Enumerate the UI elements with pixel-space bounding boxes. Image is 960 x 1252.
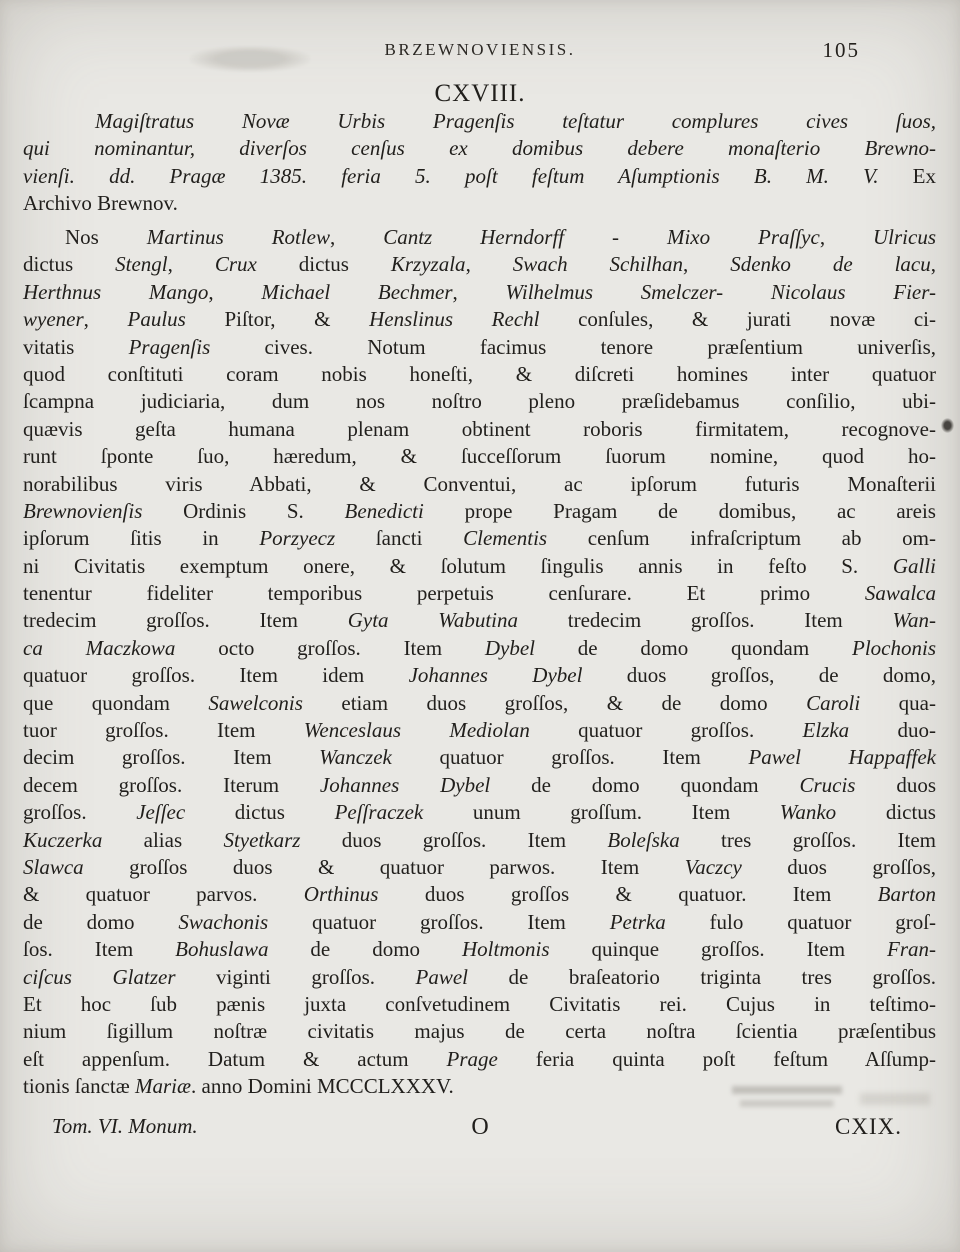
text-segment: duos <box>855 773 936 797</box>
running-head-row: BRZEWNOVIENSIS. 105 <box>0 40 960 66</box>
text-segment: Archivo Brewnov. <box>23 191 178 215</box>
text-segment: de domo <box>23 910 178 934</box>
text-line: & quatuor parvos. Orthinus duos groſſos … <box>23 881 936 908</box>
text-segment: quatuor groſſos. Item <box>268 910 610 934</box>
text-segment: Nos <box>65 225 147 249</box>
running-head: BRZEWNOVIENSIS. <box>0 40 960 60</box>
text-segment: Mariæ <box>135 1074 191 1098</box>
text-segment: dictus <box>836 800 936 824</box>
text-line: que quondam Sawelconis etiam duos groſſo… <box>23 690 936 717</box>
text-segment: Henslinus Rechl <box>369 307 539 331</box>
text-segment: , <box>683 252 730 276</box>
text-segment: Jeſſec <box>136 800 185 824</box>
text-segment: duos groſſos, <box>742 855 936 879</box>
text-segment: qui nominantur, diverſos cenſus ex domib… <box>23 136 936 160</box>
text-line: groſſos. Jeſſec dictus Peſſraczek unum g… <box>23 799 936 826</box>
catchword: O <box>0 1114 960 1141</box>
text-segment: de domo quondam <box>535 636 852 660</box>
text-segment: tredecim groſſos. Item <box>23 608 348 632</box>
text-segment: Cantz Herndorff - Mixo Praſſyc <box>383 225 820 249</box>
text-line: Nos Martinus Rotlew, Cantz Herndorff - M… <box>23 224 936 251</box>
text-segment: Et hoc ſub pænis juxta conſvetudinem Civ… <box>23 992 936 1016</box>
text-segment: duo- <box>849 718 936 742</box>
text-segment: . anno Domini MCCCLXXXV. <box>191 1074 454 1098</box>
scanned-book-page: BRZEWNOVIENSIS. 105 CXVIII. Magiſtratus … <box>0 0 960 1252</box>
text-segment: Swachonis <box>178 910 268 934</box>
text-segment: Brewnovienſis <box>23 499 142 523</box>
text-segment: quatuor groſſos. Item idem <box>23 663 409 687</box>
text-line: ſos. Item Bohuslawa de domo Holtmonis qu… <box>23 936 936 963</box>
text-segment: qua- <box>860 691 936 715</box>
text-segment: ſancti <box>335 526 463 550</box>
text-segment: Wenceslaus Mediolan <box>304 718 530 742</box>
text-segment: quod conſtituti coram nobis honeſti, & d… <box>23 362 936 386</box>
text-segment: Galli <box>893 554 936 578</box>
text-segment: , <box>330 225 383 249</box>
text-segment: ca Maczkowa <box>23 636 175 660</box>
text-segment: Gyta Wabutina <box>348 608 518 632</box>
text-segment: conſules, & jurati novæ ci- <box>539 307 936 331</box>
text-segment: alias <box>102 828 223 852</box>
text-line: ſcampna judiciaria, dum nos noſtro pleno… <box>23 388 936 415</box>
text-segment: que quondam <box>23 691 208 715</box>
text-segment: quatuor groſſos. Item <box>392 745 749 769</box>
scan-speck <box>941 418 954 433</box>
text-segment: Peſſraczek <box>335 800 424 824</box>
text-line: vienſi. dd. Pragæ 1385. feria 5. poſt fe… <box>23 163 936 190</box>
text-line: Herthnus Mango, Michael Bechmer, Wilhelm… <box>23 279 936 306</box>
text-segment: Wan- <box>892 608 936 632</box>
text-line: eſt appenſum. Datum & actum Prage feria … <box>23 1046 936 1073</box>
text-segment: Pawel Happaffek <box>748 745 936 769</box>
page-number: 105 <box>823 38 861 63</box>
text-segment: Swach Schilhan <box>513 252 683 276</box>
text-segment: Petrka <box>610 910 666 934</box>
text-segment: , <box>208 280 261 304</box>
text-segment: tredecim groſſos. Item <box>518 608 892 632</box>
text-line: tenentur fideliter temporibus perpetuis … <box>23 580 936 607</box>
text-segment: Magiſtratus Novæ Urbis Pragenſis teſtatu… <box>95 109 936 133</box>
text-segment: dictus <box>257 252 391 276</box>
text-segment: Bohuslawa <box>175 937 268 961</box>
scan-bleed-smudge <box>732 1084 842 1110</box>
text-segment: ipſorum ſitis in <box>23 526 259 550</box>
text-line: ni Civitatis exemptum onere, & ſolutum ſ… <box>23 553 936 580</box>
text-segment: Caroli <box>806 691 860 715</box>
text-segment: cives. Notum facimus tenore præſentium u… <box>210 335 936 359</box>
text-segment: Stengl <box>115 252 168 276</box>
text-segment: tionis ſanctæ <box>23 1074 135 1098</box>
text-segment: Clementis <box>463 526 547 550</box>
text-line: Archivo Brewnov. <box>23 190 936 217</box>
text-segment: duos groſſos, de domo, <box>582 663 936 687</box>
text-segment: Ex <box>878 164 936 188</box>
text-segment: Paulus <box>128 307 186 331</box>
body-paragraph: Nos Martinus Rotlew, Cantz Herndorff - M… <box>23 224 936 1101</box>
text-segment: Plochonis <box>852 636 936 660</box>
text-segment: Johannes Dybel <box>409 663 583 687</box>
scan-mottle <box>190 46 310 72</box>
text-line: de domo Swachonis quatuor groſſos. Item … <box>23 909 936 936</box>
text-segment: Pragenſis <box>129 335 211 359</box>
text-line: quod conſtituti coram nobis honeſti, & d… <box>23 361 936 388</box>
text-segment: feria quinta poſt feſtum Aſſump- <box>498 1047 936 1071</box>
text-segment: Crux <box>215 252 257 276</box>
text-segment: ciſcus Glatzer <box>23 965 176 989</box>
text-segment: tenentur fideliter temporibus perpetuis … <box>23 581 865 605</box>
text-segment: cenſum infraſcriptum ab om- <box>547 526 936 550</box>
text-segment: de domo quondam <box>490 773 799 797</box>
text-segment: dictus <box>23 252 115 276</box>
text-line: tuor groſſos. Item Wenceslaus Mediolan q… <box>23 717 936 744</box>
text-segment: , <box>466 252 513 276</box>
text-segment: Herthnus Mango <box>23 280 208 304</box>
text-segment: Sawelconis <box>208 691 303 715</box>
text-segment: Piſtor, & <box>186 307 369 331</box>
text-segment: Orthinus <box>304 882 379 906</box>
text-segment: Slawca <box>23 855 84 879</box>
text-segment: groſſos duos & quatuor parwos. Item <box>84 855 685 879</box>
text-segment: duos groſſos & quatuor. Item <box>378 882 877 906</box>
text-segment: Pawel <box>416 965 469 989</box>
text-segment: nium ſigillum noſtræ civitatis majus de … <box>23 1019 936 1043</box>
text-segment: , <box>820 225 873 249</box>
text-segment: quinque groſſos. Item <box>550 937 888 961</box>
text-line: runt ſponte ſuo, hæredum, & ſucceſſorum … <box>23 443 936 470</box>
next-section-number: CXIX. <box>835 1114 902 1140</box>
text-segment: quatuor groſſos. <box>530 718 803 742</box>
text-segment: Ordinis S. <box>142 499 344 523</box>
text-segment: , <box>168 252 215 276</box>
text-segment: Ulricus <box>873 225 936 249</box>
text-line: decim groſſos. Item Wanczek quatuor groſ… <box>23 744 936 771</box>
text-line: dictus Stengl, Crux dictus Krzyzala, Swa… <box>23 251 936 278</box>
text-line: wyener, Paulus Piſtor, & Henslinus Rechl… <box>23 306 936 333</box>
text-line: norabilibus viris Abbati, & Conventui, a… <box>23 471 936 498</box>
text-segment: & quatuor parvos. <box>23 882 304 906</box>
text-segment: runt ſponte ſuo, hæredum, & ſucceſſorum … <box>23 444 936 468</box>
text-segment: etiam duos groſſos, & de domo <box>303 691 806 715</box>
text-segment: Krzyzala <box>391 252 466 276</box>
text-line: nium ſigillum noſtræ civitatis majus de … <box>23 1018 936 1045</box>
text-segment: Vaczcy <box>685 855 742 879</box>
text-line: tredecim groſſos. Item Gyta Wabutina tre… <box>23 607 936 634</box>
text-segment: , <box>84 307 128 331</box>
text-segment: octo groſſos. Item <box>175 636 484 660</box>
text-segment: dictus <box>185 800 334 824</box>
intro-paragraph: Magiſtratus Novæ Urbis Pragenſis teſtatu… <box>23 108 936 218</box>
text-line: Kuczerka alias Styetkarz duos groſſos. I… <box>23 827 936 854</box>
text-segment: decim groſſos. Item <box>23 745 319 769</box>
text-line: Slawca groſſos duos & quatuor parwos. It… <box>23 854 936 881</box>
text-line: decem groſſos. Iterum Johannes Dybel de … <box>23 772 936 799</box>
text-segment: decem groſſos. Iterum <box>23 773 320 797</box>
text-segment: ſos. Item <box>23 937 175 961</box>
text-segment: , <box>931 252 936 276</box>
text-segment: Crucis <box>799 773 855 797</box>
text-segment: Benedicti <box>345 499 424 523</box>
text-segment: Porzyecz <box>259 526 335 550</box>
footer-row: Tom. VI. Monum. O CXIX. <box>0 1112 960 1148</box>
text-segment: wyener <box>23 307 84 331</box>
text-segment: Barton <box>878 882 936 906</box>
text-segment: Martinus Rotlew <box>147 225 330 249</box>
text-segment: Sawalca <box>865 581 936 605</box>
text-segment: groſſos. <box>23 800 136 824</box>
text-segment: viginti groſſos. <box>176 965 416 989</box>
text-segment: norabilibus viris Abbati, & Conventui, a… <box>23 472 936 496</box>
text-segment: Fran- <box>887 937 936 961</box>
text-line: Brewnovienſis Ordinis S. Benedicti prope… <box>23 498 936 525</box>
text-segment: fulo quatuor groſ- <box>666 910 936 934</box>
text-segment: Elzka <box>803 718 850 742</box>
text-segment: prope Pragam de domibus, ac areis <box>424 499 936 523</box>
text-line: vitatis Pragenſis cives. Notum facimus t… <box>23 334 936 361</box>
text-segment: de braſeatorio triginta tres groſſos. <box>468 965 936 989</box>
text-segment: Boleſska <box>607 828 679 852</box>
text-segment: tuor groſſos. Item <box>23 718 304 742</box>
text-segment: Kuczerka <box>23 828 102 852</box>
text-segment: Wanczek <box>319 745 392 769</box>
scan-bleed-smudge <box>860 1093 930 1105</box>
text-line: ipſorum ſitis in Porzyecz ſancti Clement… <box>23 525 936 552</box>
text-line: qui nominantur, diverſos cenſus ex domib… <box>23 135 936 162</box>
text-segment: quævis geſta humana plenam obtinent robo… <box>23 417 936 441</box>
text-segment: Wanko <box>780 800 836 824</box>
text-segment: ſcampna judiciaria, dum nos noſtro pleno… <box>23 389 936 413</box>
text-segment: Dybel <box>485 636 535 660</box>
text-segment: Johannes Dybel <box>320 773 490 797</box>
section-heading: CXVIII. <box>0 80 960 108</box>
text-line: ca Maczkowa octo groſſos. Item Dybel de … <box>23 635 936 662</box>
text-segment: Holtmonis <box>462 937 550 961</box>
text-segment: vienſi. dd. Pragæ 1385. feria 5. poſt fe… <box>23 164 878 188</box>
text-segment: tres groſſos. Item <box>680 828 936 852</box>
text-segment: Prage <box>447 1047 498 1071</box>
text-segment: vitatis <box>23 335 129 359</box>
text-segment: Sdenko de lacu <box>730 252 931 276</box>
text-segment: duos groſſos. Item <box>300 828 607 852</box>
text-line: Magiſtratus Novæ Urbis Pragenſis teſtatu… <box>23 108 936 135</box>
text-line: ciſcus Glatzer viginti groſſos. Pawel de… <box>23 964 936 991</box>
text-segment: Michael Bechmer <box>261 280 452 304</box>
text-segment: , <box>453 280 506 304</box>
text-segment: de domo <box>268 937 462 961</box>
text-segment: unum groſſum. Item <box>423 800 780 824</box>
text-line: Et hoc ſub pænis juxta conſvetudinem Civ… <box>23 991 936 1018</box>
text-segment: ni Civitatis exemptum onere, & ſolutum ſ… <box>23 554 893 578</box>
text-segment: eſt appenſum. Datum & actum <box>23 1047 447 1071</box>
text-line: quævis geſta humana plenam obtinent robo… <box>23 416 936 443</box>
text-segment: Wilhelmus Smelczer- Nicolaus Fier- <box>506 280 936 304</box>
text-segment: Styetkarz <box>223 828 300 852</box>
text-line: quatuor groſſos. Item idem Johannes Dybe… <box>23 662 936 689</box>
